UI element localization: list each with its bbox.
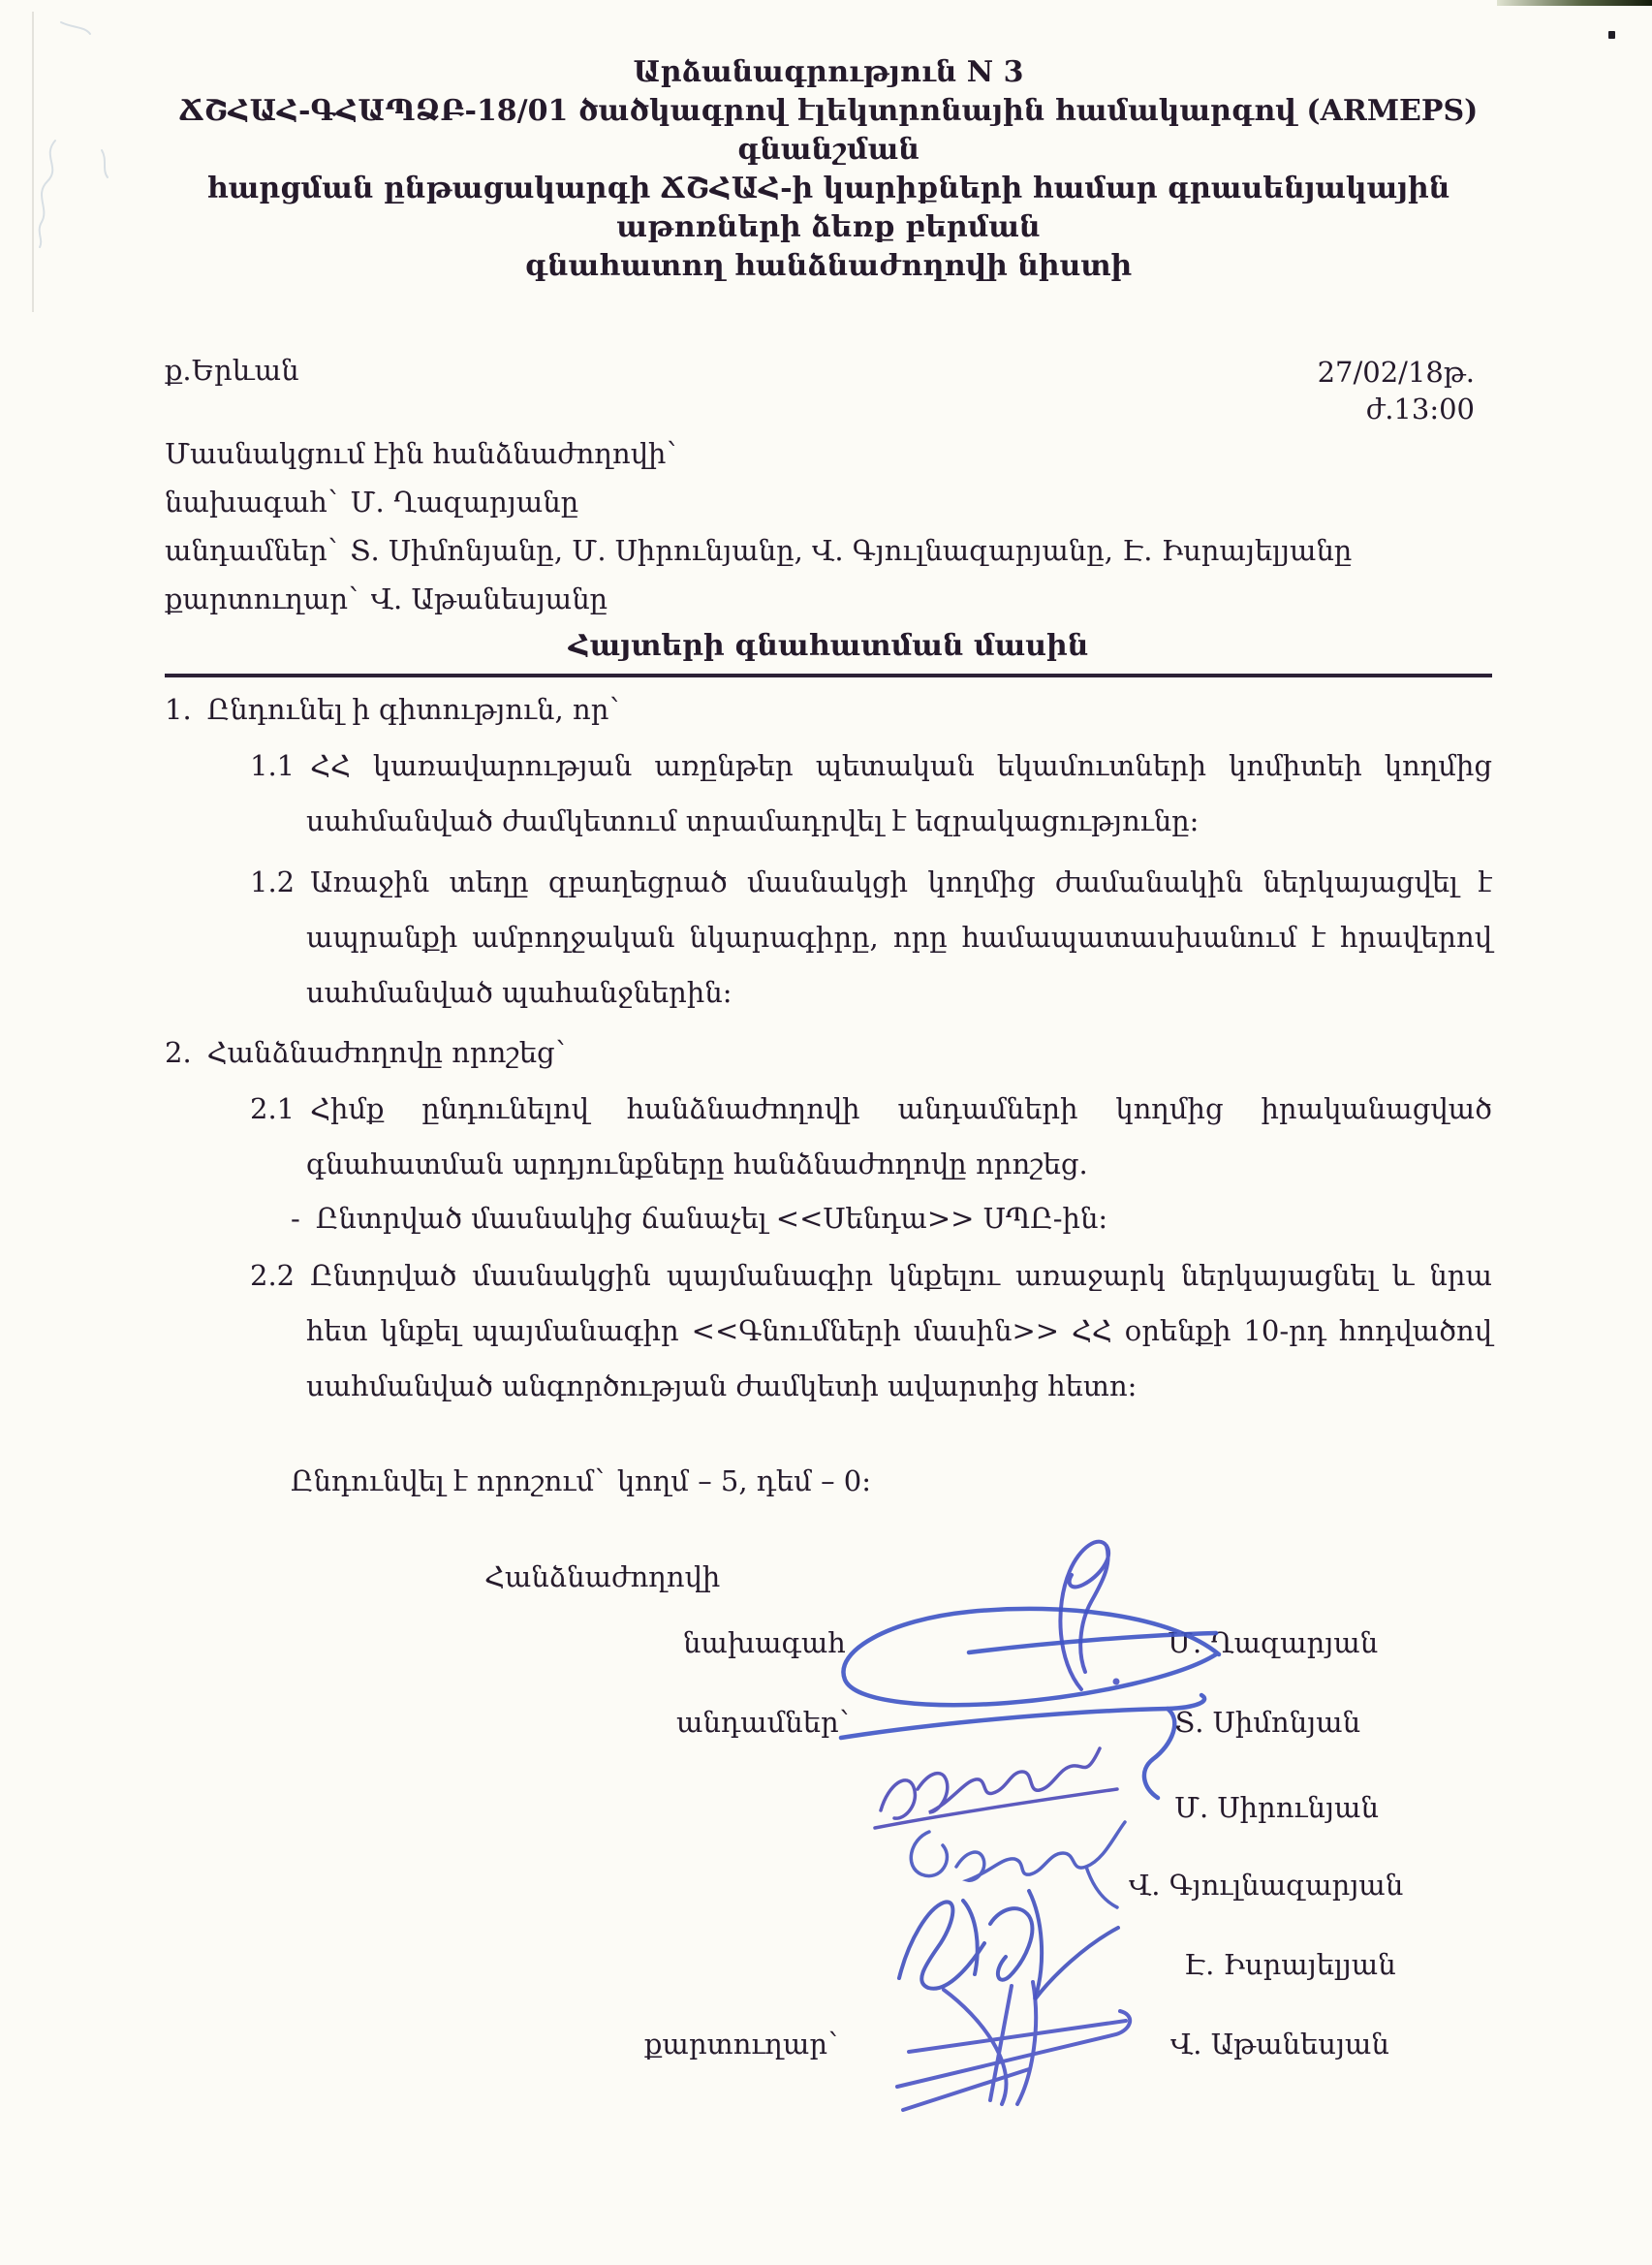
item-text: Ընտրված մասնակից ճանաչել <<Սենդա>> ՍՊԸ-ի… xyxy=(316,1202,1107,1235)
signature-name-member-4: Է. Իսրայելյան xyxy=(1184,1948,1396,1981)
item-text: Ընդունել ի գիտություն, որ` xyxy=(207,693,623,726)
item-number: - xyxy=(291,1202,316,1235)
item-number: 2.1 xyxy=(250,1092,310,1125)
document-content: Արձանագրություն N 3 ՃՇՀԱՀ-ԳՀԱՊՁԲ-18/01 ծ… xyxy=(0,0,1652,2171)
item-text: Հանձնաժողովը որոշեց` xyxy=(207,1036,570,1069)
item-number: 1.2 xyxy=(250,865,310,898)
participants-members: անդամներ` Տ. Սիմոնյանը, Մ. Սիրունյանը, Վ… xyxy=(165,526,1492,575)
section-rule xyxy=(165,674,1492,677)
title-line-3: հարցման ընթացակարգի ՃՇՀԱՀ-ի կարիքների հա… xyxy=(165,170,1492,247)
scanned-document-page: Արձանագրություն N 3 ՃՇՀԱՀ-ԳՀԱՊՁԲ-18/01 ծ… xyxy=(0,0,1652,2265)
agenda-item-1-1: 1.1ՀՀ կառավարության առընթեր պետական եկամ… xyxy=(250,739,1492,849)
item-number: 1. xyxy=(165,693,207,726)
participants-secretary: քարտուղար` Վ. Աթանեսյանը xyxy=(165,575,1492,623)
item-text: Հիմք ընդունելով հանձնաժողովի անդամների կ… xyxy=(306,1092,1492,1180)
participants-chair: նախագահ` Մ. Ղազարյանը xyxy=(165,478,1492,526)
document-title: Արձանագրություն N 3 ՃՇՀԱՀ-ԳՀԱՊՁԲ-18/01 ծ… xyxy=(165,53,1492,286)
meta-date: 27/02/18թ. xyxy=(1318,354,1475,391)
scan-edge-artifact xyxy=(1497,0,1652,6)
title-line-1: Արձանագրություն N 3 xyxy=(165,53,1492,92)
agenda-item-1: 1.Ընդունել ի գիտություն, որ` xyxy=(165,686,1492,733)
item-text: ՀՀ կառավարության առընթեր պետական եկամուտ… xyxy=(306,749,1492,837)
agenda-item-2-2: 2.2Ընտրված մասնակցին պայմանագիր կնքելու … xyxy=(250,1248,1492,1414)
participants-intro: Մասնակցում էին հանձնաժողովի` xyxy=(165,429,1492,478)
signature-block: Հանձնաժողովի նախագահ Մ. Ղազարյան անդամնե… xyxy=(165,1551,1492,2171)
item-number: 2. xyxy=(165,1036,207,1069)
agenda-item-2: 2.Հանձնաժողովը որոշեց` xyxy=(165,1029,1492,1076)
meta-datetime: 27/02/18թ. ժ.13:00 xyxy=(1318,354,1492,427)
title-line-2: ՃՇՀԱՀ-ԳՀԱՊՁԲ-18/01 ծածկագրով էլեկտրոնայի… xyxy=(165,92,1492,170)
agenda-item-2-1-bullet: -Ընտրված մասնակից ճանաչել <<Սենդա>> ՍՊԸ-… xyxy=(291,1194,1492,1243)
item-text: Առաջին տեղը զբաղեցրած մասնակցի կողմից ժա… xyxy=(306,865,1492,1009)
item-text: Ընտրված մասնակցին պայմանագիր կնքելու առա… xyxy=(306,1259,1492,1402)
title-line-4: գնահատող հանձնաժողովի նիստի xyxy=(165,247,1492,286)
section-title: Հայտերի գնահատման մասին xyxy=(165,627,1492,666)
signature-label-chair: նախագահ xyxy=(683,1626,846,1659)
participants-block: Մասնակցում էին հանձնաժողովի` նախագահ` Մ.… xyxy=(165,429,1492,623)
scan-dot-artifact xyxy=(1608,31,1615,39)
signature-name-member-3: Վ. Գյուլնազարյան xyxy=(1129,1869,1403,1902)
item-number: 1.1 xyxy=(250,749,310,782)
item-number: 2.2 xyxy=(250,1259,310,1292)
signature-ink-secretary xyxy=(882,1974,1153,2115)
decision-line: Ընդունվել է որոշում` կողմ – 5, դեմ – 0: xyxy=(291,1464,1492,1497)
signature-heading: Հանձնաժողովի xyxy=(484,1560,720,1593)
agenda-body: 1.Ընդունել ի գիտություն, որ` 1.1ՀՀ կառավ… xyxy=(165,686,1492,1414)
signature-name-secretary: Վ. Աթանեսյան xyxy=(1170,2028,1389,2061)
agenda-item-1-2: 1.2Առաջին տեղը զբաղեցրած մասնակցի կողմից… xyxy=(250,855,1492,1021)
signature-label-secretary: քարտուղար` xyxy=(644,2028,842,2061)
meta-city: ք.Երևան xyxy=(165,354,299,387)
meta-time: ժ.13:00 xyxy=(1318,391,1475,427)
meta-row: ք.Երևան 27/02/18թ. ժ.13:00 xyxy=(165,354,1492,427)
pencil-scribble-artifact xyxy=(5,15,140,305)
agenda-item-2-1: 2.1Հիմք ընդունելով հանձնաժողովի անդամներ… xyxy=(250,1082,1492,1192)
